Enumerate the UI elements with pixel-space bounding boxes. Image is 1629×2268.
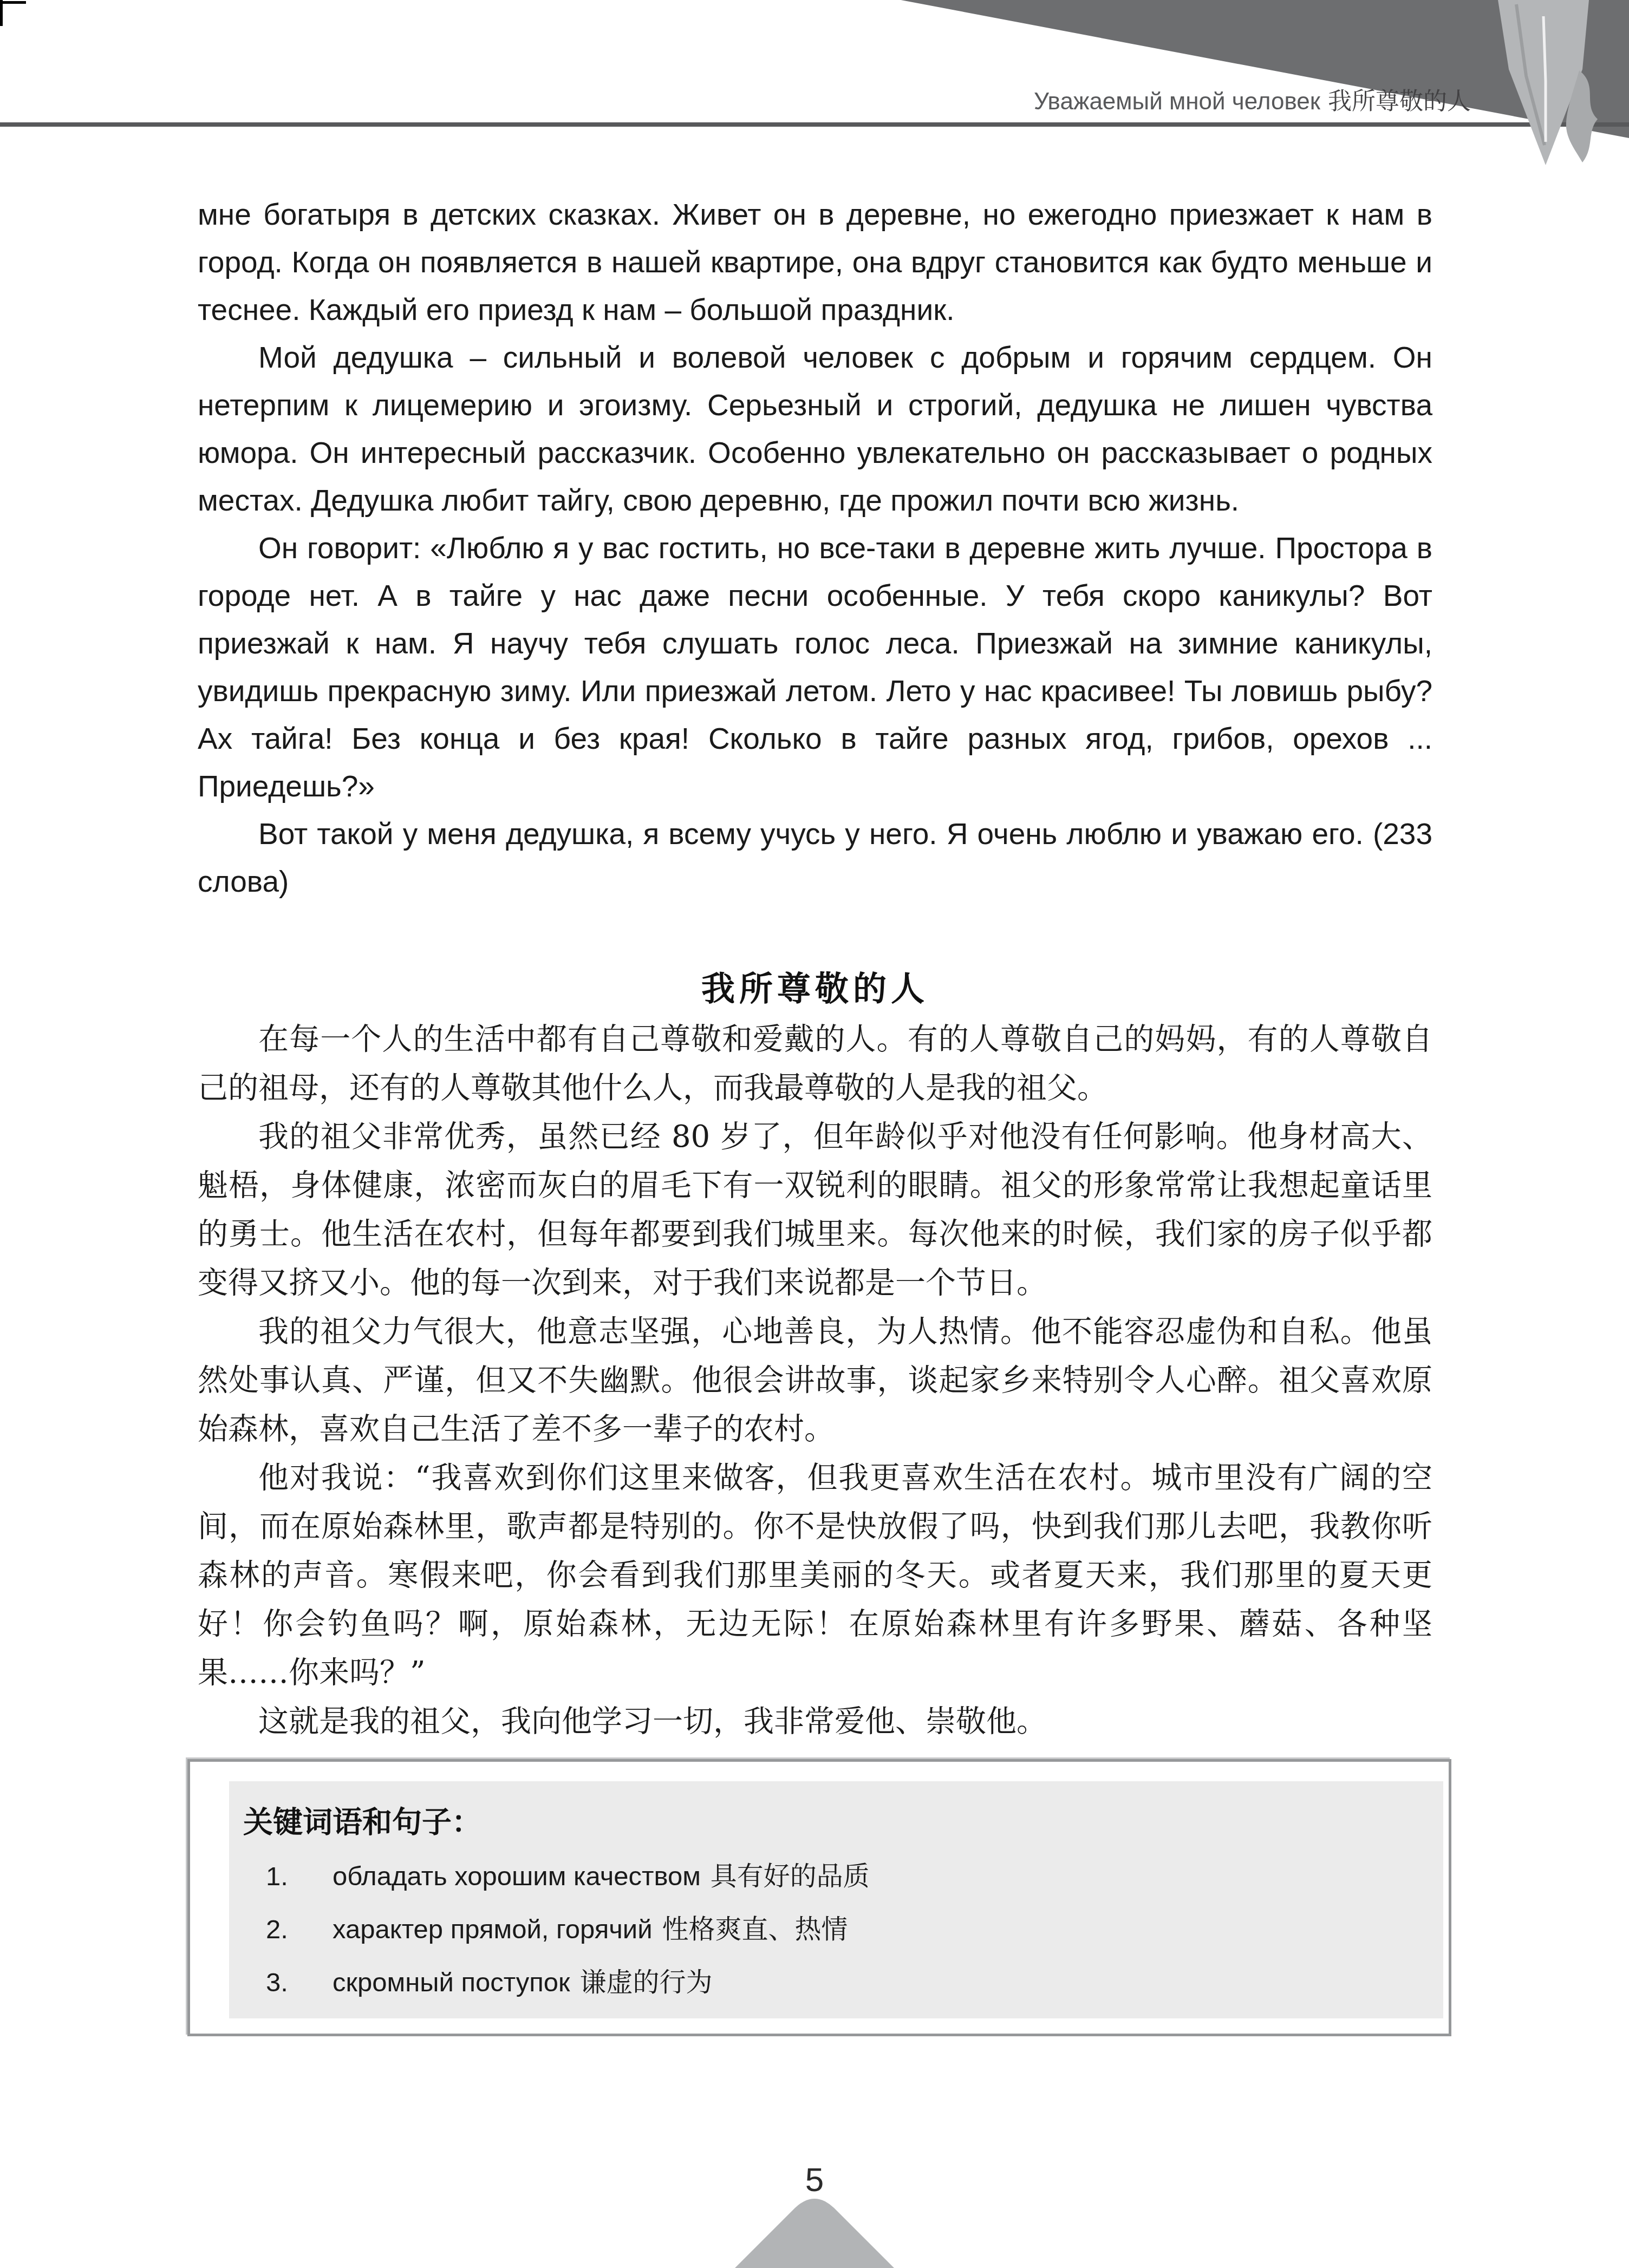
key-phrase-text: скромный поступок谦虚的行为 bbox=[333, 1965, 712, 2000]
chinese-paragraph-4: 他对我说：“我喜欢到你们这里来做客，但我更喜欢生活在农村。城市里没有广阔的空间，… bbox=[198, 1454, 1432, 1697]
key-phrase-russian: обладать хорошим качеством bbox=[333, 1862, 701, 1891]
key-phrase-number: 1. bbox=[266, 1859, 308, 1894]
chinese-paragraph-3: 我的祖父力气很大，他意志坚强，心地善良，为人热情。他不能容忍虚伪和自私。他虽然处… bbox=[198, 1308, 1432, 1454]
key-phrase-chinese: 性格爽直、热情 bbox=[662, 1914, 848, 1945]
russian-paragraph-4: Вот такой у меня дедушка, я всему учусь … bbox=[198, 810, 1432, 905]
russian-paragraph-3: Он говорит: «Люблю я у вас гостить, но в… bbox=[198, 524, 1432, 810]
russian-paragraph-1: мне богатыря в детских сказках. Живет он… bbox=[198, 191, 1432, 334]
textbook-page: Уважаемый мной человек我所尊敬的人 мне богатыр… bbox=[0, 0, 1629, 2268]
key-phrase-chinese: 谦虚的行为 bbox=[579, 1967, 712, 1998]
footer-triangle bbox=[0, 2188, 1629, 2268]
key-phrase-text: обладать хорошим качеством具有好的品质 bbox=[333, 1859, 870, 1894]
key-phrases-panel: 关键词语和句子： 1. обладать хорошим качеством具有… bbox=[229, 1781, 1443, 2018]
key-phrase-number: 3. bbox=[266, 1965, 308, 2000]
key-phrase-number: 2. bbox=[266, 1912, 308, 1947]
corner-crop-mark-horizontal bbox=[0, 1, 26, 4]
chinese-paragraph-2: 我的祖父非常优秀，虽然已经 80 岁了，但年龄似乎对他没有任何影响。他身材高大、… bbox=[198, 1113, 1432, 1308]
key-phrase-russian: скромный поступок bbox=[333, 1968, 570, 1997]
chinese-section-heading: 我所尊敬的人 bbox=[198, 968, 1432, 1011]
text-column: мне богатыря в детских сказках. Живет он… bbox=[198, 0, 1432, 2036]
pencil-icon bbox=[1483, 0, 1605, 179]
key-phrase-chinese: 具有好的品质 bbox=[711, 1861, 870, 1892]
corner-crop-mark-vertical bbox=[0, 0, 3, 26]
key-phrases-box: 关键词语和句子： 1. обладать хорошим качеством具有… bbox=[187, 1759, 1451, 2036]
key-phrase-russian: характер прямой, горячий bbox=[333, 1915, 653, 1944]
key-phrase-item: 3. скромный поступок谦虚的行为 bbox=[266, 1965, 1427, 2000]
key-phrases-title: 关键词语和句子： bbox=[243, 1803, 1427, 1841]
key-phrase-item: 1. обладать хорошим качеством具有好的品质 bbox=[266, 1859, 1427, 1894]
key-phrase-text: характер прямой, горячий性格爽直、热情 bbox=[333, 1912, 848, 1947]
russian-paragraph-2: Мой дедушка – сильный и волевой человек … bbox=[198, 334, 1432, 524]
chinese-paragraph-1: 在每一个人的生活中都有自己尊敬和爱戴的人。有的人尊敬自己的妈妈，有的人尊敬自己的… bbox=[198, 1015, 1432, 1113]
key-phrase-item: 2. характер прямой, горячий性格爽直、热情 bbox=[266, 1912, 1427, 1947]
chinese-paragraph-5: 这就是我的祖父，我向他学习一切，我非常爱他、崇敬他。 bbox=[198, 1697, 1432, 1746]
